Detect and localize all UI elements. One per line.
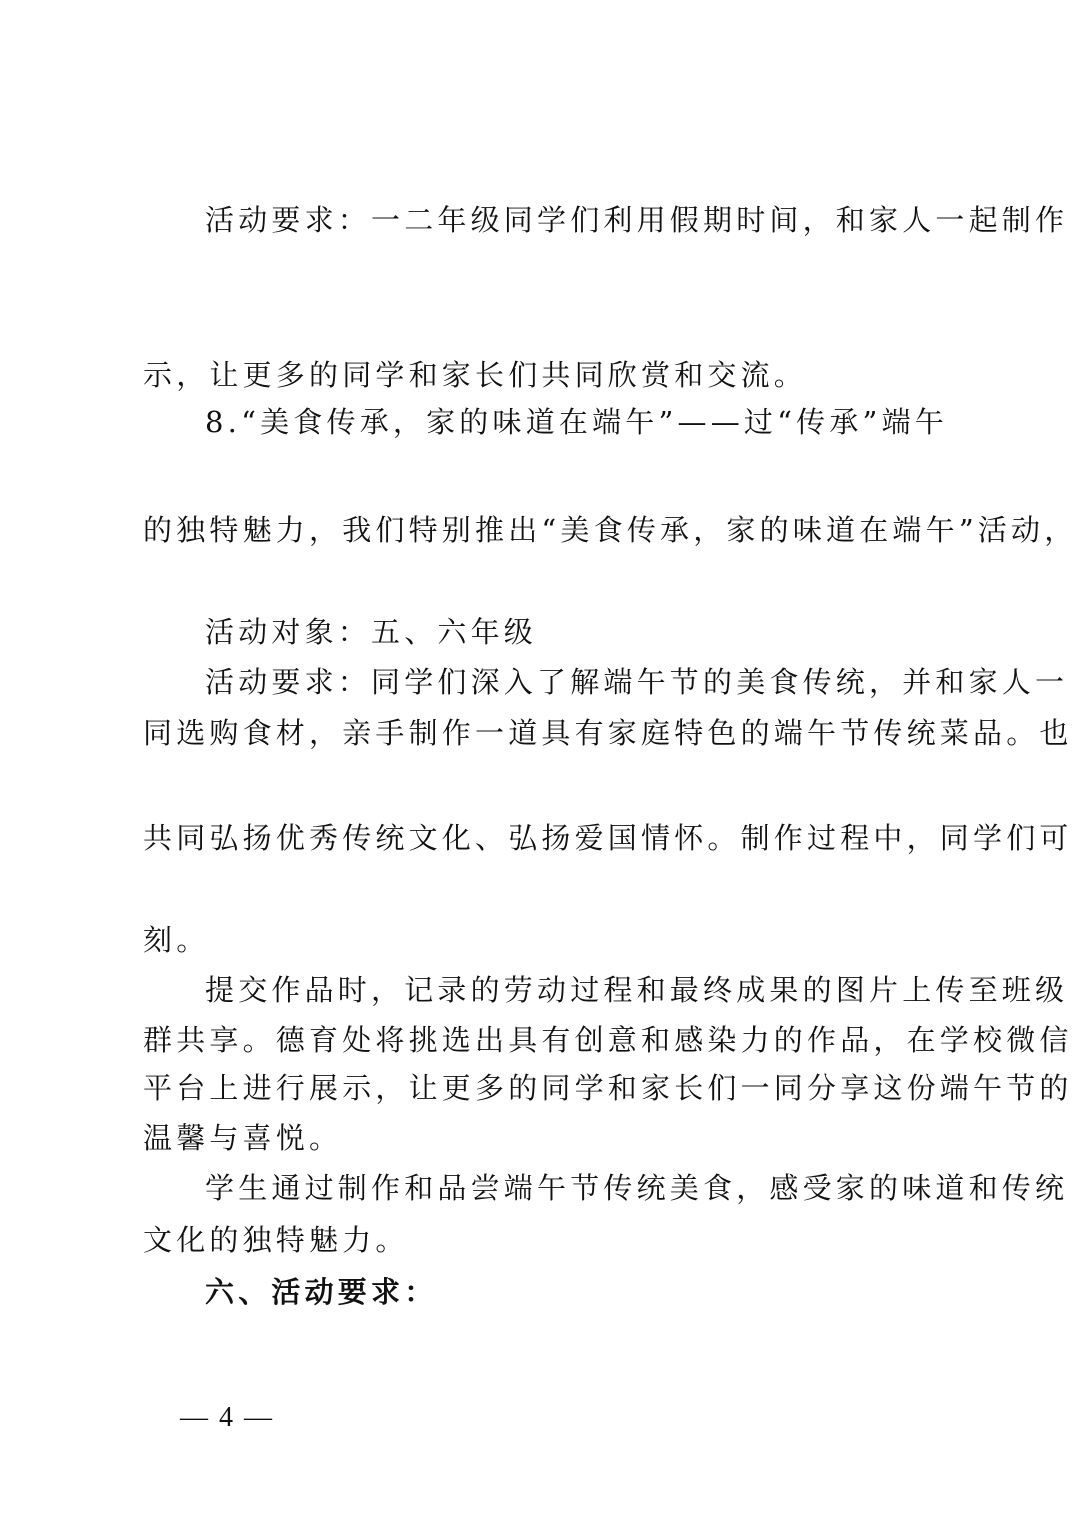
- paragraph-line-submission: 提交作品时，记录的劳动过程和最终成果的图片上传至班级: [205, 972, 948, 1008]
- document-page: 活动要求：一二年级同学们利用假期时间，和家人一起制作 示，让更多的同学和家长们共…: [0, 0, 1080, 1527]
- paragraph-line-activity-requirement-grade-1-2: 活动要求：一二年级同学们利用假期时间，和家人一起制作: [205, 202, 948, 238]
- paragraph-line-group-share: 群共享。德育处将挑选出具有创意和感染力的作品，在学校微信: [143, 1022, 948, 1058]
- paragraph-line-activity-intro: 的独特魅力，我们特别推出“美食传承，家的味道在端午”活动，: [143, 512, 948, 548]
- paragraph-line-moment: 刻。: [143, 922, 948, 958]
- section-item-8-title: 8.“美食传承，家的味道在端午”——过“传承”端午: [205, 404, 948, 440]
- paragraph-line-promote-culture: 共同弘扬优秀传统文化、弘扬爱国情怀。制作过程中，同学们可: [143, 820, 948, 856]
- paragraph-line-charm: 文化的独特魅力。: [143, 1222, 948, 1258]
- paragraph-line-platform-display: 平台上进行展示，让更多的同学和家长们一同分享这份端午节的: [143, 1070, 948, 1106]
- paragraph-line-student-experience: 学生通过制作和品尝端午节传统美食，感受家的味道和传统: [205, 1170, 948, 1206]
- paragraph-line-share-exchange: 示，让更多的同学和家长们共同欣赏和交流。: [143, 357, 948, 393]
- paragraph-line-warmth-joy: 温馨与喜悦。: [143, 1120, 948, 1156]
- page-number: — 4 —: [180, 1400, 274, 1436]
- paragraph-line-activity-requirement: 活动要求：同学们深入了解端午节的美食传统，并和家人一: [205, 664, 948, 700]
- paragraph-line-cooking-dish: 同选购食材，亲手制作一道具有家庭特色的端午节传统菜品。也: [143, 715, 948, 751]
- paragraph-line-activity-target: 活动对象：五、六年级: [205, 614, 948, 650]
- section-heading-six-activity-requirements: 六、活动要求：: [205, 1274, 948, 1310]
